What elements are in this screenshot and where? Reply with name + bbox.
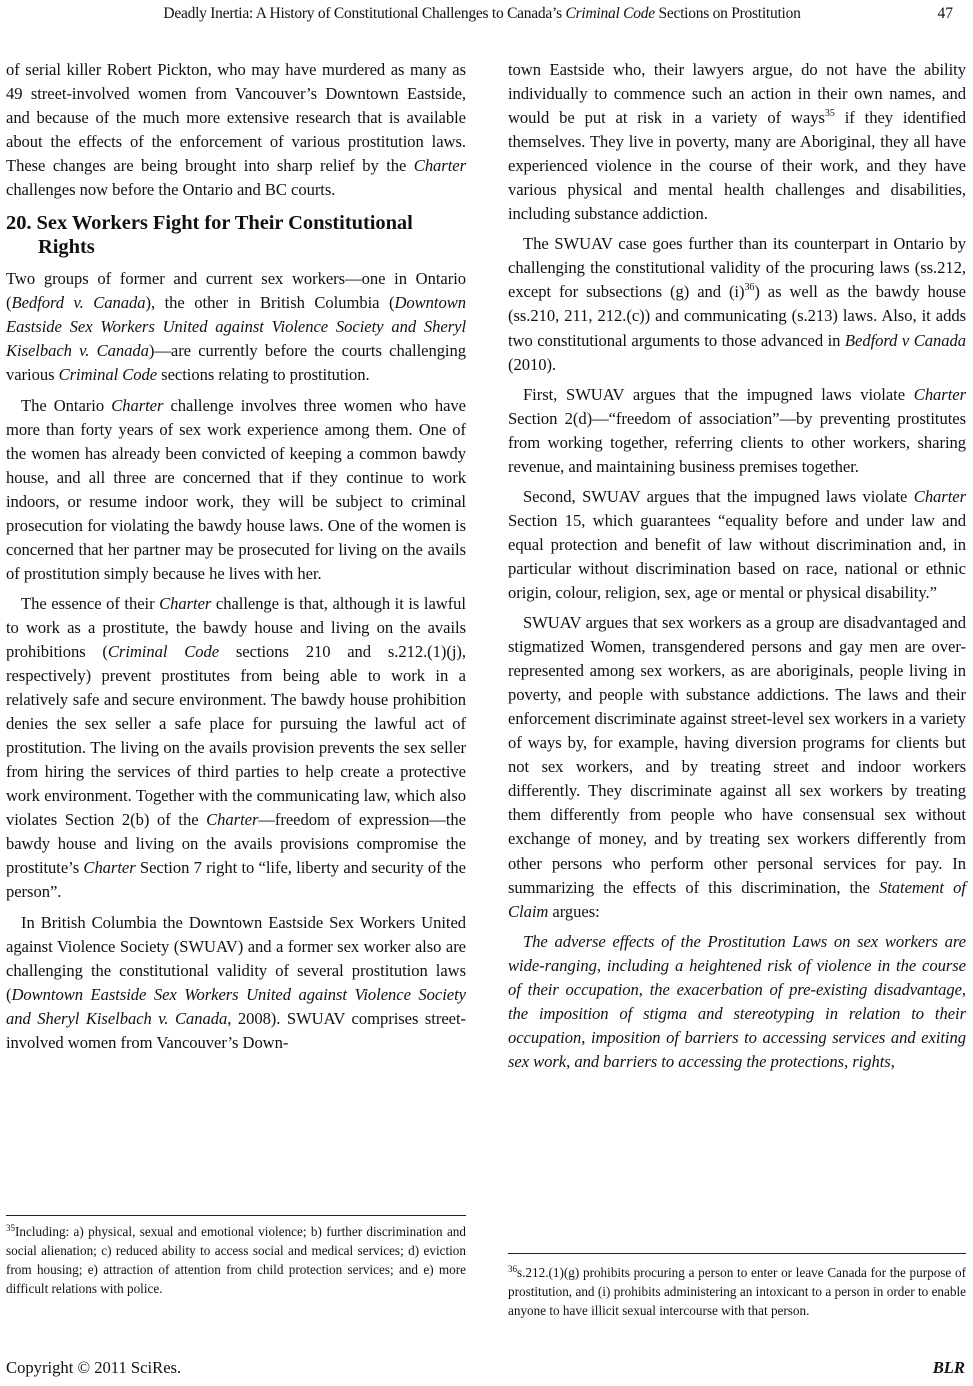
footnote-36: 36s.212.(1)(g) prohibits procuring a per…: [508, 1263, 966, 1320]
text: (2010).: [508, 355, 556, 374]
text: of serial killer Robert Pickton, who may…: [6, 60, 466, 175]
text: ,: [962, 980, 966, 999]
section-heading: 20. Sex Workers Fight for Their Constitu…: [6, 211, 466, 259]
italic-text: Bedford v. Canada: [11, 293, 145, 312]
italic-text: Charter: [159, 594, 211, 613]
page-number: 47: [938, 4, 954, 24]
text: SWUAV argues that sex workers as a group…: [508, 613, 966, 897]
text: ,: [581, 1028, 591, 1047]
text: ,: [639, 980, 650, 999]
italic-text: Charter: [83, 858, 135, 877]
italic-text: Charter: [914, 487, 966, 506]
italic-text: Criminal Code: [108, 642, 219, 661]
text: Section 2(d)—“freedom of association”—by…: [508, 409, 966, 476]
italic-text: Charter: [414, 156, 466, 175]
paragraph: Second, SWUAV argues that the impugned l…: [508, 485, 966, 605]
text: argues:: [548, 902, 599, 921]
footnote-divider-right: [508, 1253, 966, 1254]
text: The Ontario: [21, 396, 111, 415]
paragraph: The essence of their Charter challenge i…: [6, 592, 466, 905]
left-column: of serial killer Robert Pickton, who may…: [6, 58, 466, 1055]
italic-text: Charter: [206, 810, 258, 829]
paragraph: SWUAV argues that sex workers as a group…: [508, 611, 966, 924]
paragraph-intro: of serial killer Robert Pickton, who may…: [6, 58, 466, 202]
footnote-reference[interactable]: 35: [825, 108, 835, 119]
header-text: Deadly Inertia: A History of Constitutio…: [163, 5, 565, 22]
text: challenge involves three women who have …: [6, 396, 466, 583]
paragraph-continued: town Eastside who, their lawyers argue, …: [508, 58, 966, 226]
text: sections 210 and s.212.(1)(j), respectiv…: [6, 642, 466, 829]
text: ), the other in British Columbia (: [146, 293, 395, 312]
text: ,: [891, 1052, 895, 1071]
header-italic-text: Criminal Code: [566, 5, 655, 22]
paragraph: Two groups of former and current sex wor…: [6, 267, 466, 387]
italic-text: Criminal Code: [59, 365, 157, 384]
footnote-reference[interactable]: 36: [744, 282, 754, 293]
text: ,: [597, 956, 607, 975]
copyright-notice: Copyright © 2011 SciRes.: [6, 1358, 181, 1378]
journal-abbreviation: BLR: [933, 1358, 965, 1378]
running-header: Deadly Inertia: A History of Constitutio…: [0, 4, 973, 26]
text: The essence of their: [21, 594, 159, 613]
footnote-marker: 35: [6, 1223, 15, 1233]
text: challenges now before the Ontario and BC…: [6, 180, 335, 199]
text: Section 15, which guarantees “equality b…: [508, 511, 966, 602]
footnote-text: Including: a) physical, sexual and emoti…: [6, 1224, 466, 1296]
right-column: town Eastside who, their lawyers argue, …: [508, 58, 966, 1074]
footnote-marker: 36: [508, 1264, 517, 1274]
italic-text: Charter: [111, 396, 163, 415]
footnote-35: 35Including: a) physical, sexual and emo…: [6, 1222, 466, 1298]
paragraph: The Ontario Charter challenge involves t…: [6, 394, 466, 586]
italic-text: Bedford v Canada: [845, 331, 966, 350]
italic-text: rights: [852, 1052, 890, 1071]
footnote-text: s.212.(1)(g) prohibits procuring a perso…: [508, 1265, 966, 1318]
paragraph: The SWUAV case goes further than its cou…: [508, 232, 966, 376]
footnote-divider-left: [6, 1215, 466, 1216]
block-quote: The adverse effects of the Prostitution …: [508, 930, 966, 1074]
italic-text: Charter: [914, 385, 966, 404]
header-text: Sections on Prostitution: [655, 5, 801, 22]
italic-text: the exacerbation of pre-existing disadva…: [650, 980, 962, 999]
paragraph: First, SWUAV argues that the impugned la…: [508, 383, 966, 479]
text: First, SWUAV argues that the impugned la…: [523, 385, 914, 404]
article-title-header: Deadly Inertia: A History of Constitutio…: [52, 4, 912, 24]
italic-text: and barriers to accessing the protection…: [574, 1052, 844, 1071]
text: sections relating to prostitution.: [157, 365, 370, 384]
text: Second, SWUAV argues that the impugned l…: [523, 487, 914, 506]
paragraph: In British Columbia the Downtown Eastsid…: [6, 911, 466, 1055]
page-footer: Copyright © 2011 SciRes. BLR: [0, 1358, 973, 1380]
